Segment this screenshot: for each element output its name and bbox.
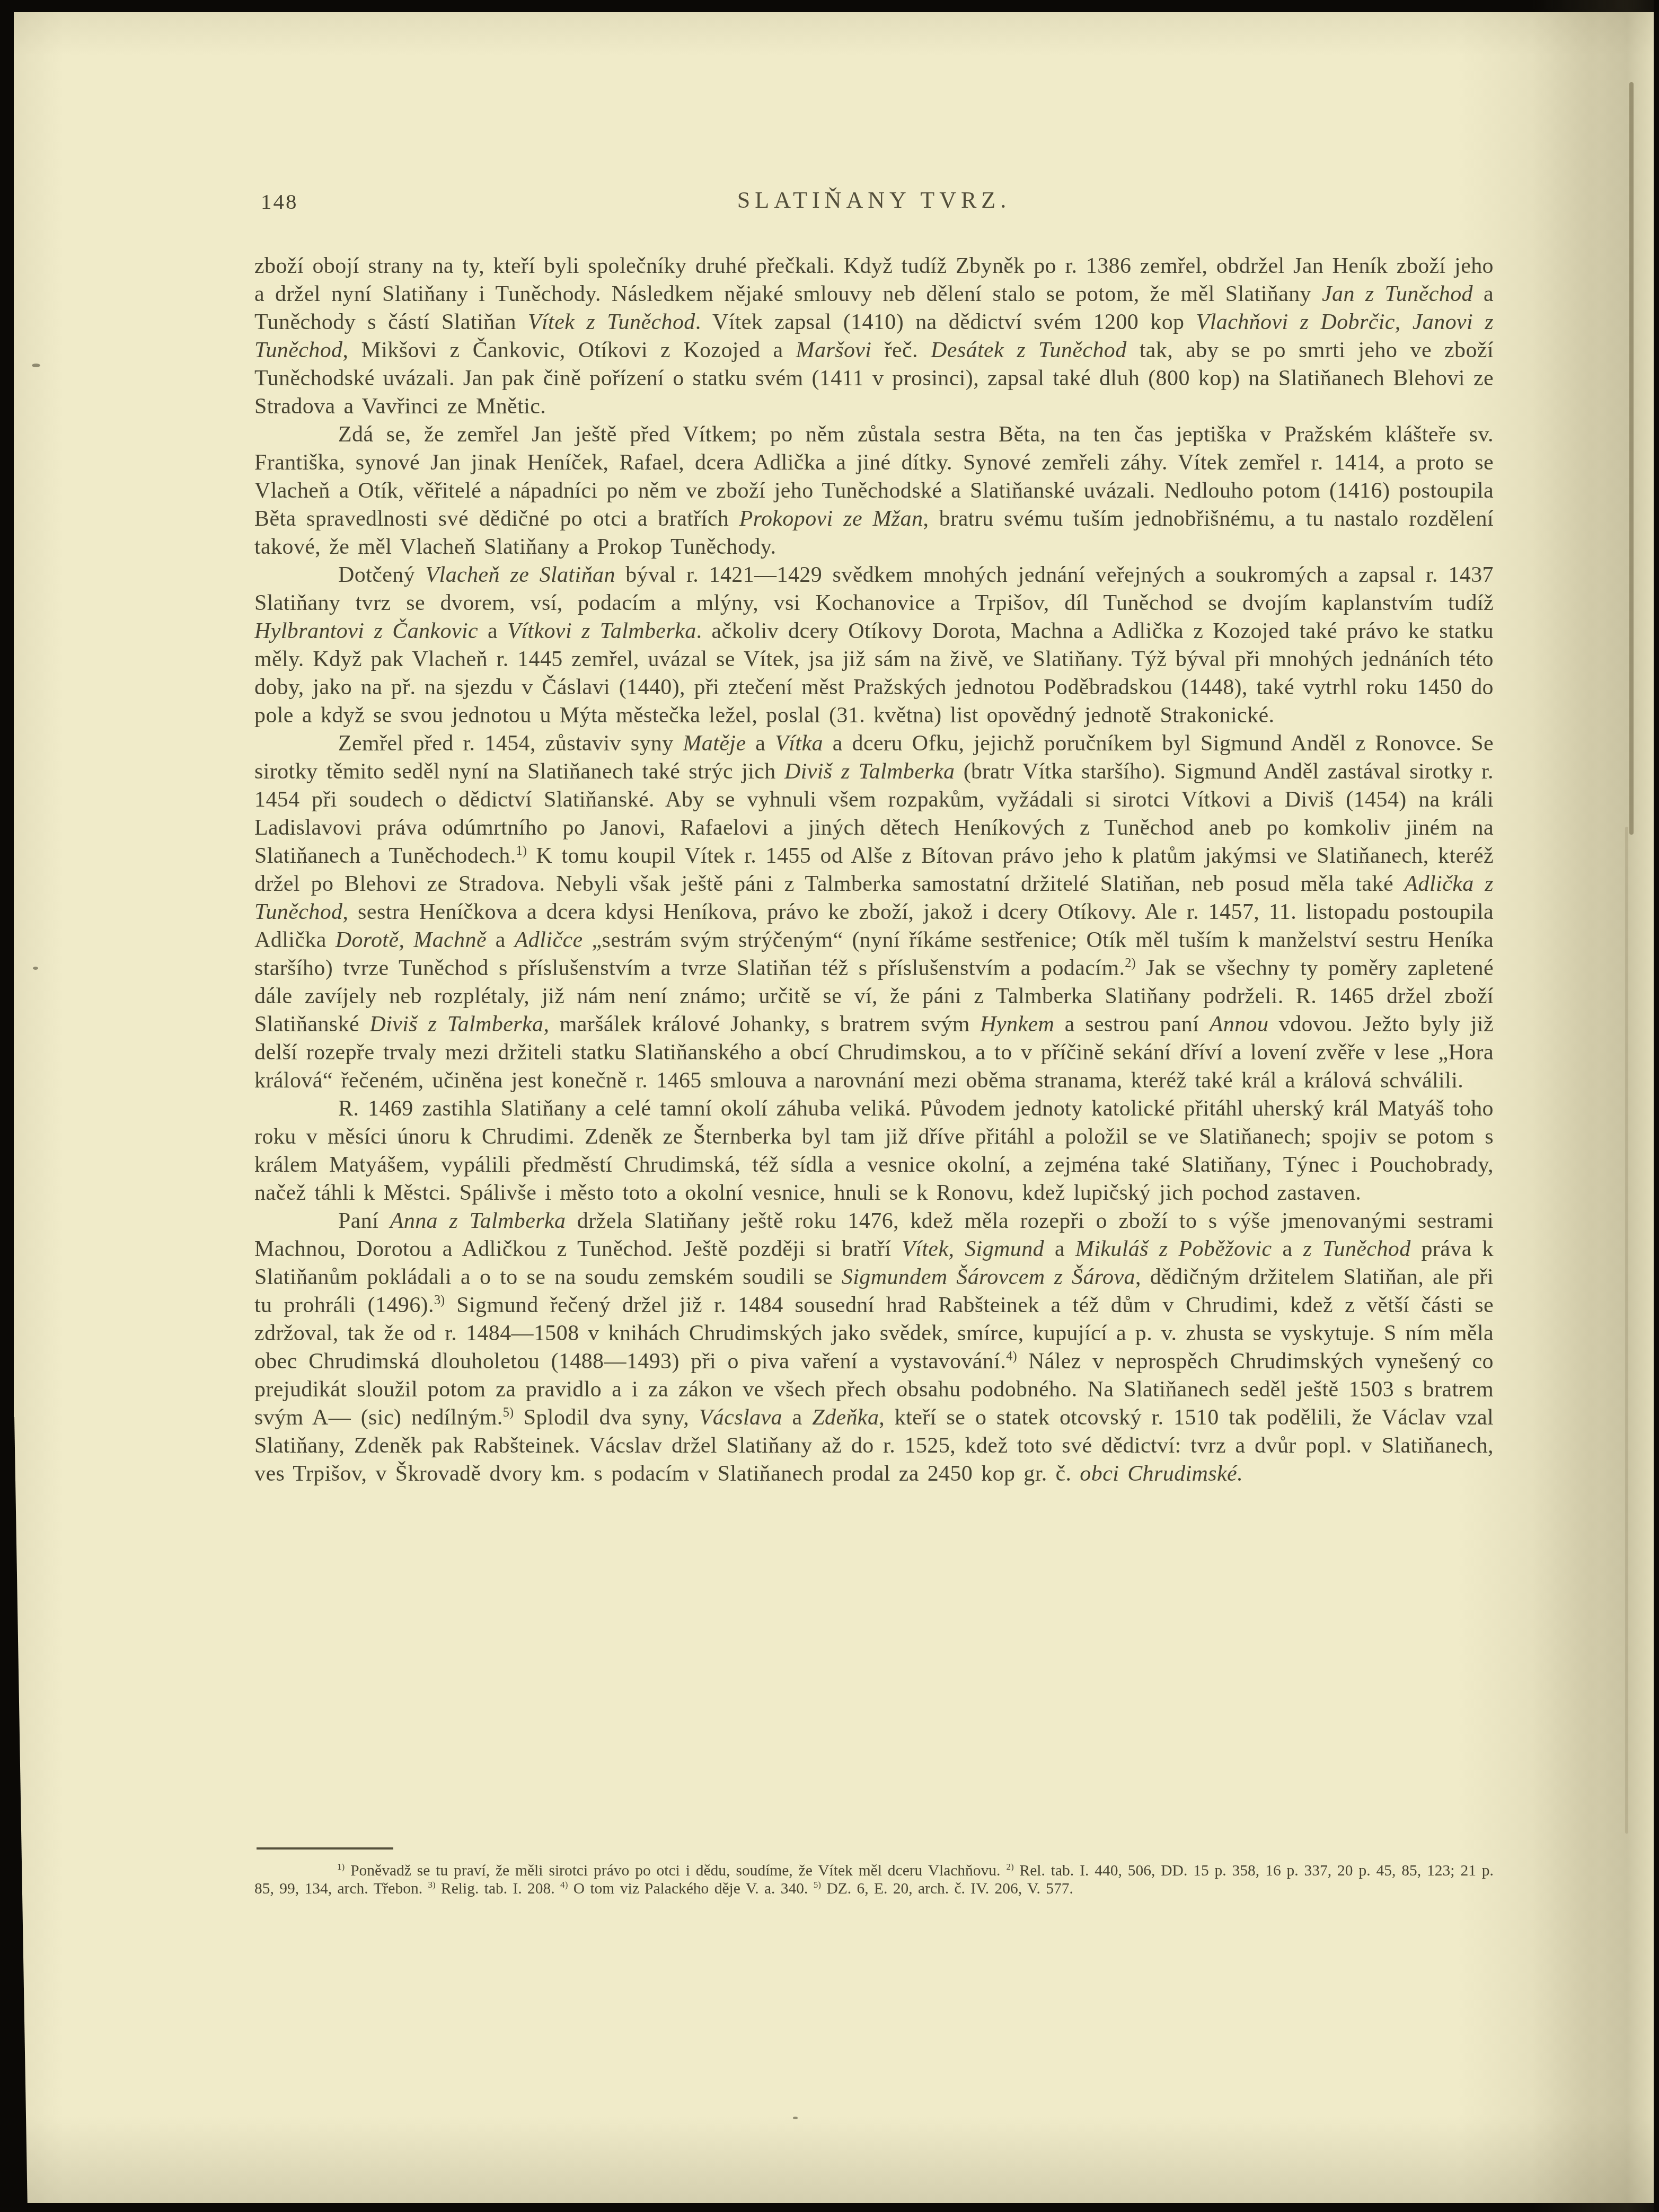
footnote-ref: 2)	[1125, 956, 1135, 970]
text-run: Paní	[338, 1209, 390, 1233]
italic-run: Dorotě, Machně	[336, 928, 487, 952]
italic-run: Vácslava	[699, 1405, 782, 1430]
paragraph: Dotčený Vlacheň ze Slatiňan býval r. 142…	[254, 561, 1494, 730]
italic-run: Vítek z Tuněchod	[528, 310, 695, 334]
text-run: Relig. tab. I. 208.	[436, 1880, 560, 1897]
italic-run: Vítek, Sigmund	[902, 1237, 1044, 1261]
page-edge-crease-line-soft	[1625, 827, 1628, 1834]
italic-run: Prokopovi ze Mžan	[739, 507, 923, 531]
italic-run: Matěje	[683, 731, 746, 756]
paragraph: zboží obojí strany na ty, kteří byli spo…	[254, 252, 1494, 421]
italic-run: Hynkem	[980, 1012, 1054, 1037]
paragraph: Zemřel před r. 1454, zůstaviv syny Matěj…	[254, 730, 1494, 1095]
footnote-ref: 4)	[560, 1880, 568, 1890]
text-run: a	[1044, 1237, 1075, 1261]
text-run: R. 1469 zastihla Slatiňany a celé tamní …	[254, 1096, 1494, 1205]
italic-run: Vítkovi z Talmberka	[507, 619, 696, 643]
text-run: a	[487, 928, 515, 952]
paragraph: Paní Anna z Talmberka držela Slatiňany j…	[254, 1207, 1494, 1488]
text-run: a	[746, 731, 775, 756]
italic-run: Annou	[1210, 1012, 1269, 1037]
footnote-ref: 5)	[503, 1405, 514, 1420]
italic-run: Mikuláš z Poběžovic	[1075, 1237, 1272, 1261]
italic-run: Jan z Tuněchod	[1322, 282, 1473, 306]
text-run: a	[478, 619, 507, 643]
footnote-ref: 1)	[516, 844, 527, 858]
body-text-block: zboží obojí strany na ty, kteří byli spo…	[254, 252, 1494, 1488]
italic-run: Diviš z Talmberka	[784, 759, 955, 784]
italic-run: Adličce	[515, 928, 583, 952]
text-run: Dotčený	[338, 563, 426, 587]
text-run: a sestrou paní	[1054, 1012, 1209, 1037]
text-run: , maršálek králové Johanky, s bratrem sv…	[543, 1012, 980, 1037]
italic-run: Vlacheň ze Slatiňan	[426, 563, 615, 587]
footnote-ref: 3)	[428, 1880, 435, 1890]
page-edge-crease-line	[1629, 82, 1634, 835]
dust-speck	[32, 364, 40, 367]
italic-run: Desátek z Tuněchod	[931, 338, 1127, 362]
footnote-separator-rule	[257, 1847, 393, 1850]
text-run: , Mikšovi z Čankovic, Otíkovi z Kozojed …	[343, 338, 796, 362]
italic-run: Zdeňka	[812, 1405, 879, 1430]
italic-run: Vítka	[775, 731, 823, 756]
dust-speck	[33, 967, 38, 970]
text-run: zboží obojí strany na ty, kteří byli spo…	[254, 254, 1494, 306]
footnote-ref: 1)	[337, 1862, 345, 1872]
dust-speck	[793, 2117, 798, 2119]
text-run: . Vítek zapsal (1410) na dědictví svém 1…	[695, 310, 1196, 334]
text-run: Poněvadž se tu praví, že měli sirotci pr…	[345, 1862, 1006, 1879]
italic-run: z Tuněchod	[1303, 1237, 1410, 1261]
italic-run: obci Chrudimské.	[1080, 1462, 1243, 1486]
footnote-ref: 4)	[1006, 1349, 1017, 1364]
footnote-ref: 5)	[814, 1880, 821, 1890]
footnote-ref: 2)	[1006, 1862, 1013, 1872]
italic-run: Sigmundem Šárovcem z Šárova	[842, 1265, 1135, 1289]
text-run: Zemřel před r. 1454, zůstaviv syny	[338, 731, 683, 756]
scanned-book-page: { "page": { "number": "148", "title": "S…	[0, 0, 1659, 2212]
paragraph: Zdá se, že zemřel Jan ještě před Vítkem;…	[254, 421, 1494, 561]
text-run: Splodil dva syny,	[514, 1405, 699, 1430]
paragraph: R. 1469 zastihla Slatiňany a celé tamní …	[254, 1095, 1494, 1207]
text-run: O tom viz Palackého děje V. a. 340.	[568, 1880, 813, 1897]
italic-run: Diviš z Talmberka	[369, 1012, 543, 1037]
text-run: a	[782, 1405, 812, 1430]
footnote-ref: 3)	[434, 1293, 445, 1307]
italic-run: Hylbrantovi z Čankovic	[254, 619, 478, 643]
italic-run: Maršovi	[796, 338, 872, 362]
italic-run: Anna z Talmberka	[390, 1209, 566, 1233]
page-title: SLATIŇANY TVRZ.	[254, 187, 1494, 214]
text-run: DZ. 6, E. 20, arch. č. IV. 206, V. 577.	[821, 1880, 1073, 1897]
text-run: a	[1272, 1237, 1303, 1261]
footnotes-block: 1) Poněvadž se tu praví, že měli sirotci…	[254, 1862, 1494, 1898]
text-run: řeč.	[871, 338, 931, 362]
